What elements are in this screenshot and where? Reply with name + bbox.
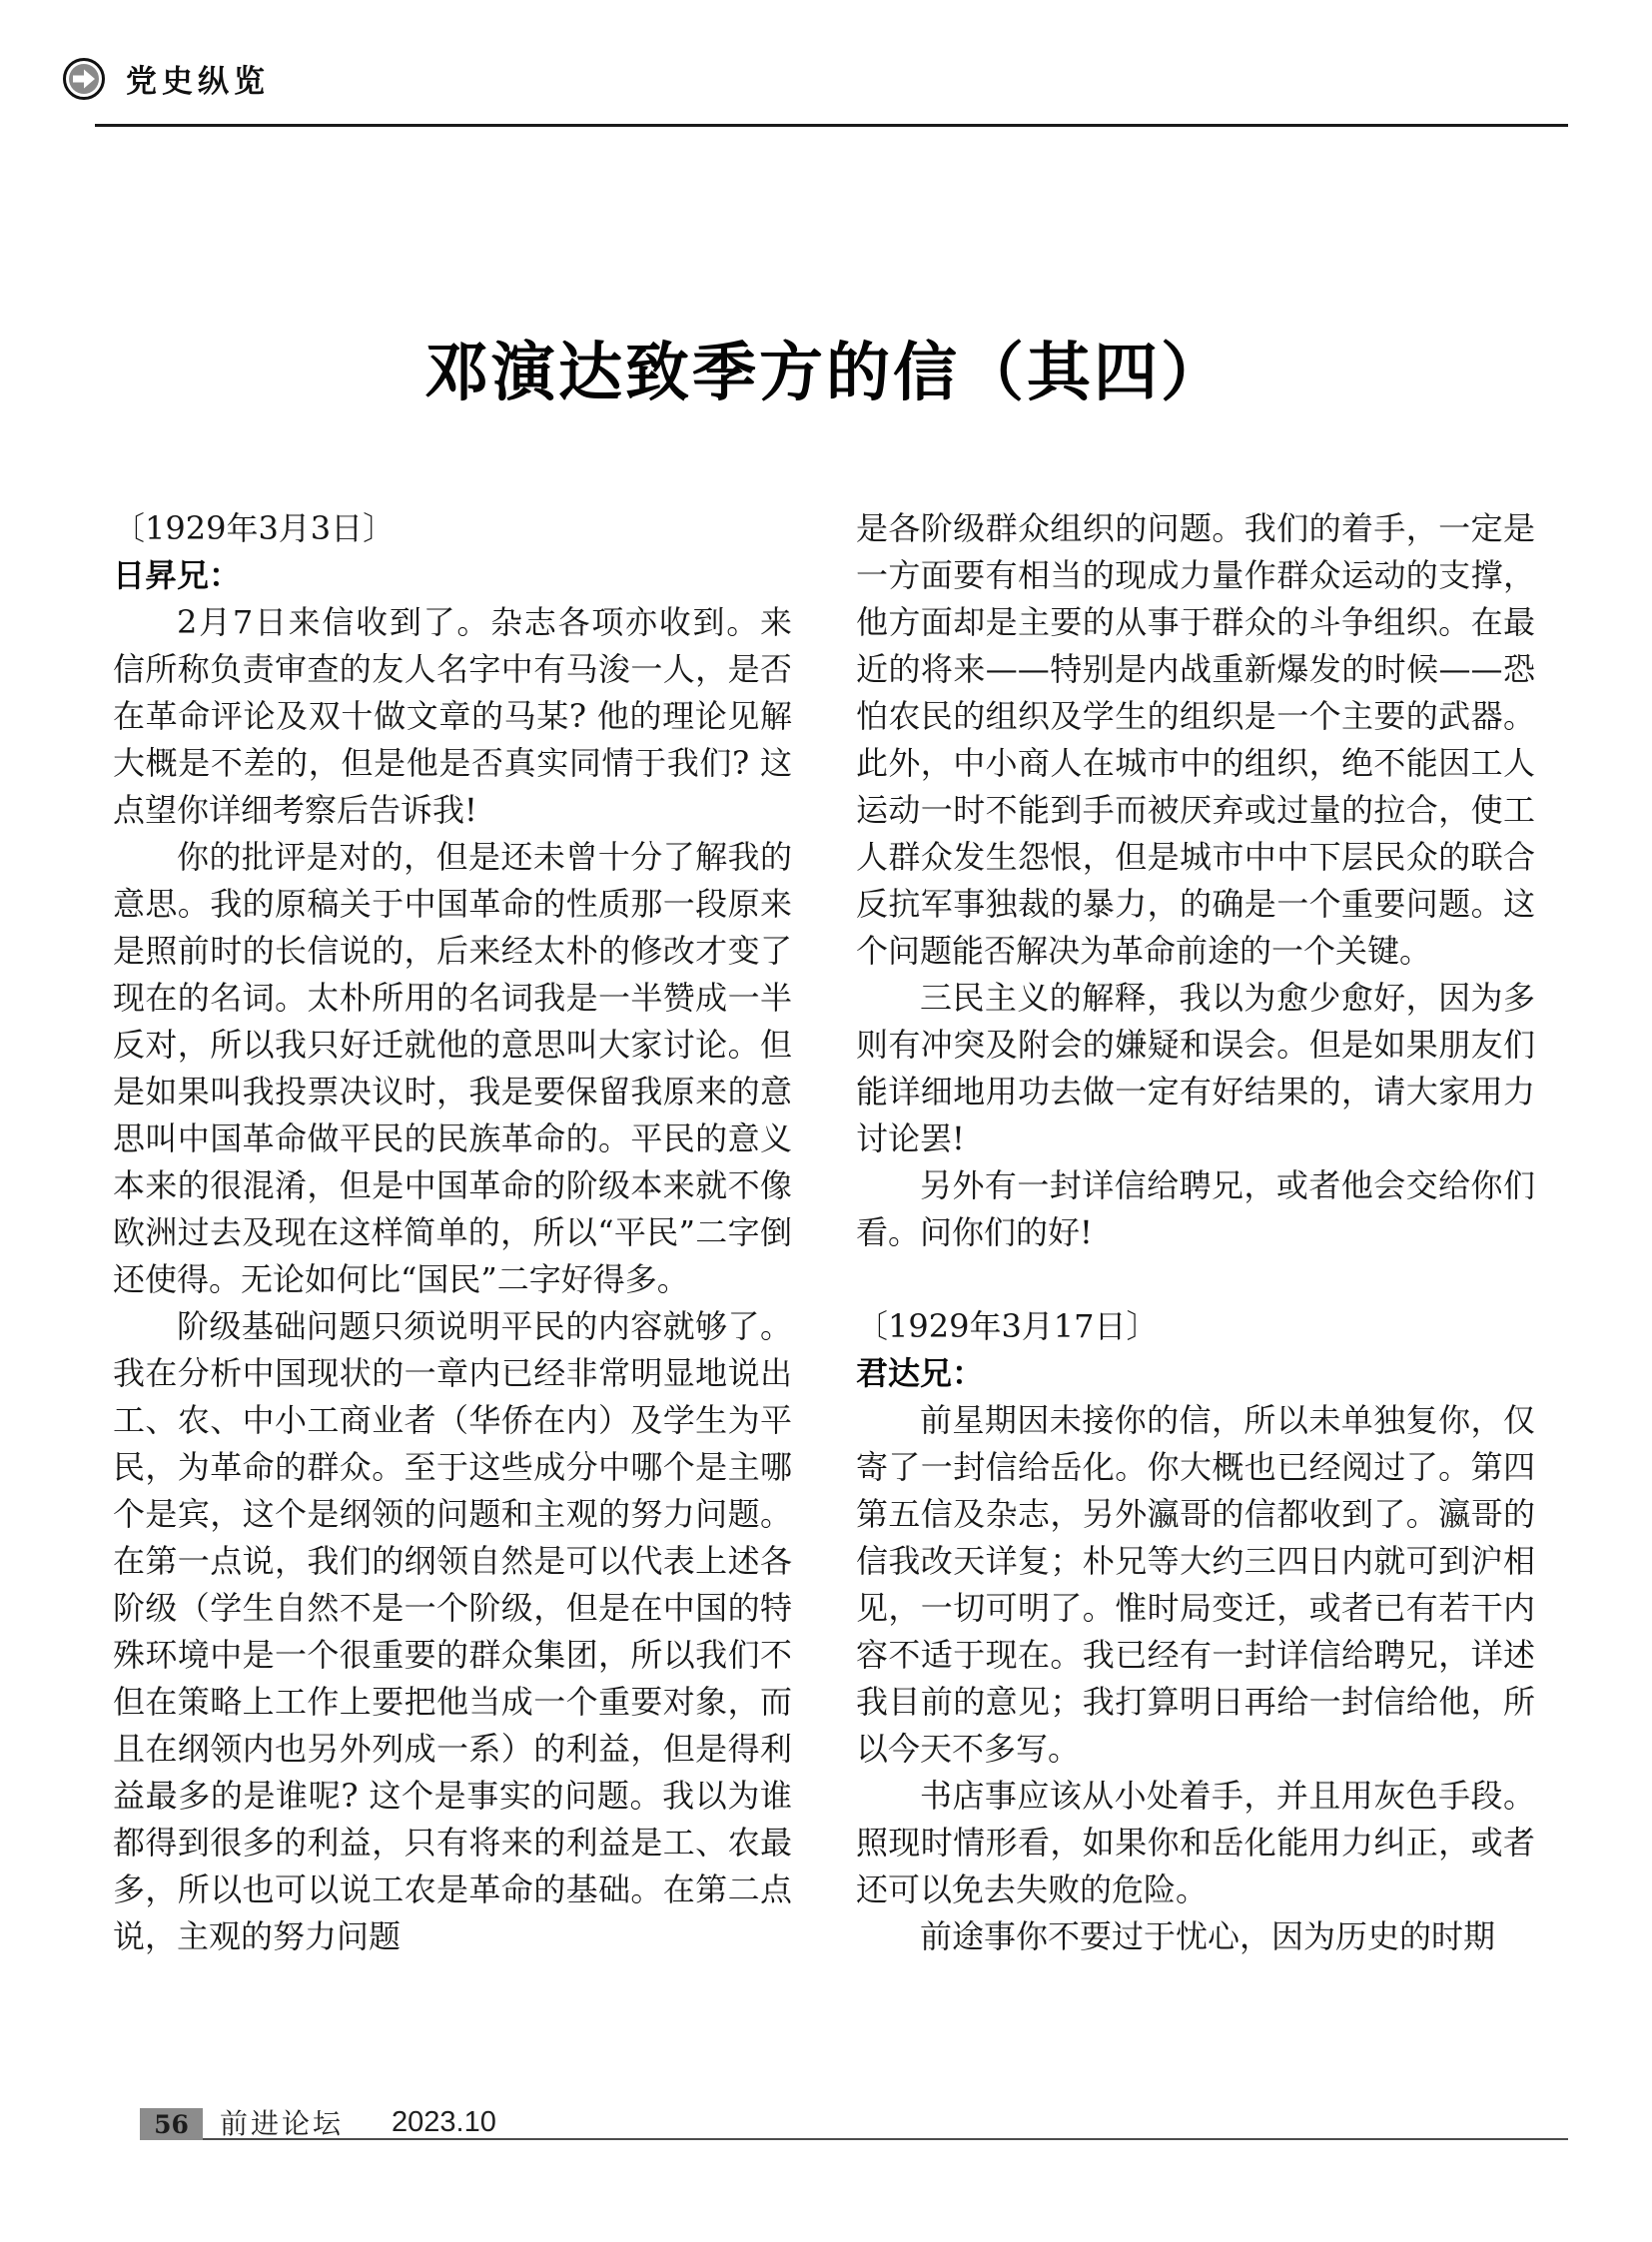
letter1-paragraph: 另外有一封详信给聘兄，或者他会交给你们看。问你们的好! <box>856 1162 1535 1256</box>
letter1-paragraph: 你的批评是对的，但是还未曾十分了解我的意思。我的原稿关于中国革命的性质那一段原来… <box>113 834 792 1303</box>
circle-right-arrow-icon <box>62 57 106 101</box>
letter2-salutation: 君达兄： <box>856 1350 1535 1397</box>
footer-meta: 前进论坛 2023.10 <box>220 2105 496 2139</box>
magazine-page: 党史纵览 邓演达致季方的信（其四） 〔1929年3月3日〕 日昇兄： 2月7日来… <box>0 0 1652 2242</box>
left-column: 〔1929年3月3日〕 日昇兄： 2月7日来信收到了。杂志各项亦收到。来信所称负… <box>113 505 792 1960</box>
letter2-date: 〔1929年3月17日〕 <box>856 1303 1535 1350</box>
letter2-paragraph: 前星期因未接你的信，所以未单独复你，仅寄了一封信给岳化。你大概也已经阅过了。第四… <box>856 1397 1535 1773</box>
issue-number: 2023.10 <box>392 2106 496 2139</box>
letter2-paragraph: 书店事应该从小处着手，并且用灰色手段。照现时情形看，如果你和岳化能用力纠正，或者… <box>856 1773 1535 1913</box>
article-body: 〔1929年3月3日〕 日昇兄： 2月7日来信收到了。杂志各项亦收到。来信所称负… <box>113 505 1535 1960</box>
page-number-badge: 56 <box>140 2108 203 2140</box>
letter1-date: 〔1929年3月3日〕 <box>113 505 792 552</box>
letter1-paragraph-continuation: 是各阶级群众组织的问题。我们的着手，一定是一方面要有相当的现成力量作群众运动的支… <box>856 505 1535 975</box>
article-title: 邓演达致季方的信（其四） <box>0 322 1652 413</box>
letter2-paragraph: 前途事你不要过于忧心，因为历史的时期 <box>856 1913 1535 1960</box>
letter1-paragraph: 阶级基础问题只须说明平民的内容就够了。我在分析中国现状的一章内已经非常明显地说出… <box>113 1303 792 1960</box>
letter1-paragraph: 2月7日来信收到了。杂志各项亦收到。来信所称负责审查的友人名字中有马浚一人，是否… <box>113 599 792 834</box>
masthead: 党史纵览 <box>62 56 270 101</box>
journal-name: 前进论坛 <box>220 2102 344 2142</box>
right-column: 是各阶级群众组织的问题。我们的着手，一定是一方面要有相当的现成力量作群众运动的支… <box>856 505 1535 1960</box>
section-brand: 党史纵览 <box>126 56 270 101</box>
letter1-salutation: 日昇兄： <box>113 552 792 599</box>
header-rule <box>95 124 1568 127</box>
letter1-paragraph: 三民主义的解释，我以为愈少愈好，因为多则有冲突及附会的嫌疑和误会。但是如果朋友们… <box>856 975 1535 1162</box>
